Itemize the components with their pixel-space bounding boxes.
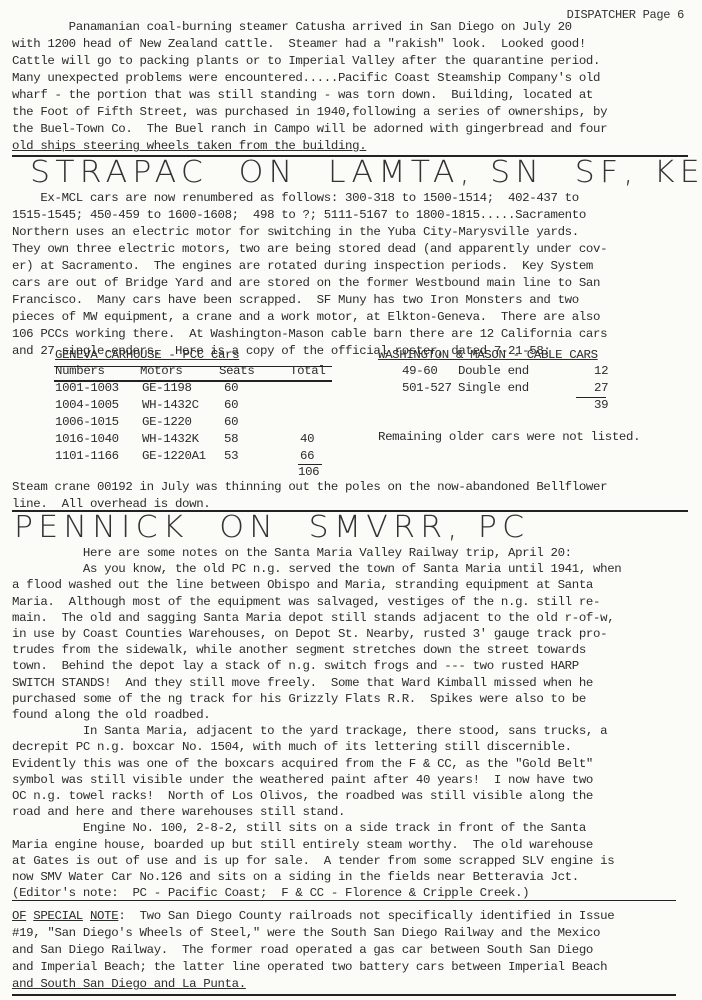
text-line: Cattle will go to packing plants or to I… bbox=[12, 53, 600, 69]
text-line: Many unexpected problems were encountere… bbox=[12, 70, 600, 86]
text-line: old ships steering wheels taken from the… bbox=[12, 138, 366, 154]
column-header: Total bbox=[290, 364, 325, 378]
text-line: symbol was still visible under the weath… bbox=[12, 772, 593, 788]
text-line: at Gates is out of use and is up for sal… bbox=[12, 853, 614, 869]
table-cell: 1004-1005 bbox=[55, 398, 119, 412]
text-line: with 1200 head of New Zealand cattle. St… bbox=[12, 36, 586, 52]
table-cell: GE-1220 bbox=[142, 415, 192, 429]
text-line: wharf - the portion that was still stand… bbox=[12, 87, 593, 103]
section-heading-strapac: STRAPAC ON LAMTA, SN SF, KEY bbox=[30, 155, 702, 190]
special-note-label: SPECIAL bbox=[33, 909, 83, 923]
special-note-first-line: OF SPECIAL NOTE: Two San Diego County ra… bbox=[12, 908, 614, 924]
text-line: Maria. Although most of the equipment wa… bbox=[12, 594, 600, 610]
text-line: Engine No. 100, 2-8-2, still sits on a s… bbox=[12, 820, 586, 836]
special-note-label: OF bbox=[12, 909, 26, 923]
table-cell: 40 bbox=[300, 432, 314, 446]
text-line: In Santa Maria, adjacent to the yard tra… bbox=[12, 723, 607, 739]
text-line: Evidently this was one of the boxcars ac… bbox=[12, 756, 593, 772]
text-line: Francisco. Many cars have been scrapped.… bbox=[12, 292, 579, 308]
grand-total: 106 bbox=[298, 465, 319, 479]
section-heading-pennick: PENNICK ON SMVRR, PC bbox=[14, 510, 529, 545]
text-line: SWITCH STANDS! And they still move freel… bbox=[12, 675, 593, 691]
text-line: Panamanian coal-burning steamer Catusha … bbox=[12, 19, 572, 35]
newsletter-page: DISPATCHER Page 6 Panamanian coal-burnin… bbox=[0, 0, 702, 1000]
table-cell: 66 bbox=[300, 449, 314, 463]
text-line: Northern uses an electric motor for swit… bbox=[12, 224, 579, 240]
text-line: pieces of MW equipment, a crane and a wo… bbox=[12, 309, 600, 325]
table-cell: 1006-1015 bbox=[55, 415, 119, 429]
text-line: #19, "San Diego's Wheels of Steel," were… bbox=[12, 925, 600, 941]
column-header: Motors bbox=[140, 364, 183, 378]
text-line: a flood washed out the line between Obis… bbox=[12, 577, 593, 593]
text-line: 1515-1545; 450-459 to 1600-1608; 498 to … bbox=[12, 207, 586, 223]
table-cell: 1101-1166 bbox=[55, 449, 119, 463]
text-line: in use by Coast Counties Warehouses, on … bbox=[12, 626, 607, 642]
divider bbox=[12, 994, 676, 996]
text-line: and Imperial Beach; the latter line oper… bbox=[12, 959, 607, 975]
text-line: Ex-MCL cars are now renumbered as follow… bbox=[12, 190, 579, 206]
text-line: now SMV Water Car No.126 and sits on a s… bbox=[12, 869, 579, 885]
column-header: Numbers bbox=[55, 364, 105, 378]
text-line: and South San Diego and La Punta. bbox=[12, 976, 246, 992]
table-cell: WH-1432C bbox=[142, 398, 199, 412]
text-line: the Foot of Fifth Street, was purchased … bbox=[12, 104, 607, 120]
cable-note: Remaining older cars were not listed. bbox=[378, 430, 640, 444]
text-line: (Editor's note: PC - Pacific Coast; F & … bbox=[12, 885, 529, 901]
table-cell: 1001-1003 bbox=[55, 381, 119, 395]
table-cell: 60 bbox=[224, 381, 238, 395]
cable-range: 49-60 bbox=[402, 364, 437, 378]
text-line: decrepit PC n.g. boxcar No. 1504, with m… bbox=[12, 739, 572, 755]
text-line: As you know, the old PC n.g. served the … bbox=[12, 561, 621, 577]
text-line: and San Diego Railway. The former road o… bbox=[12, 942, 593, 958]
table-cell: GE-1220A1 bbox=[142, 449, 206, 463]
text-line: found along the old roadbed. bbox=[12, 707, 210, 723]
text-line: town. Behind the depot lay a stack of n.… bbox=[12, 658, 579, 674]
text-line: They own three electric motors, two are … bbox=[12, 241, 607, 257]
column-header: Seats bbox=[219, 364, 254, 378]
cable-count: 27 bbox=[594, 381, 608, 395]
text-line: cars are out of Bridge Yard and are stor… bbox=[12, 275, 600, 291]
text-line: Maria engine house, boarded up but still… bbox=[12, 837, 593, 853]
table-cell: GE-1198 bbox=[142, 381, 192, 395]
page-header: DISPATCHER Page 6 bbox=[567, 8, 684, 22]
table-cell: 58 bbox=[224, 432, 238, 446]
text-line: er) at Sacramento. The engines are rotat… bbox=[12, 258, 593, 274]
text-line: main. The old and sagging Santa Maria de… bbox=[12, 610, 614, 626]
text-line: trudes from the sidewalk, while another … bbox=[12, 642, 586, 658]
divider bbox=[12, 900, 676, 901]
table-cell: 1016-1040 bbox=[55, 432, 119, 446]
cable-count: 12 bbox=[594, 364, 608, 378]
special-note-label: NOTE bbox=[90, 909, 118, 923]
table-cell: WH-1432K bbox=[142, 432, 199, 446]
text-line: 106 PCCs working there. At Washington-Ma… bbox=[12, 326, 607, 342]
table-cell: 60 bbox=[224, 415, 238, 429]
table-cell: 60 bbox=[224, 398, 238, 412]
cable-range: 501-527 bbox=[402, 381, 452, 395]
text-line: Here are some notes on the Santa Maria V… bbox=[12, 545, 572, 561]
cable-type: Single end bbox=[458, 381, 529, 395]
text-fragment: : Two San Diego County railroads not spe… bbox=[118, 909, 614, 923]
text-line: the Buel-Town Co. The Buel ranch in Camp… bbox=[12, 121, 607, 137]
text-line: road and here and there warehouses still… bbox=[12, 804, 345, 820]
table-title: GENEVA CARHOUSE - PCC Cars bbox=[55, 348, 239, 362]
text-line: OC n.g. towel racks! North of Los Olivos… bbox=[12, 788, 593, 804]
text-line: purchased some of the ng track for his G… bbox=[12, 691, 586, 707]
cable-total: 39 bbox=[594, 398, 608, 412]
cable-type: Double end bbox=[458, 364, 529, 378]
table-title: WASHINGTON & MASON - CABLE CARS bbox=[378, 348, 598, 362]
text-line: Steam crane 00192 in July was thinning o… bbox=[12, 479, 607, 495]
table-cell: 53 bbox=[224, 449, 238, 463]
